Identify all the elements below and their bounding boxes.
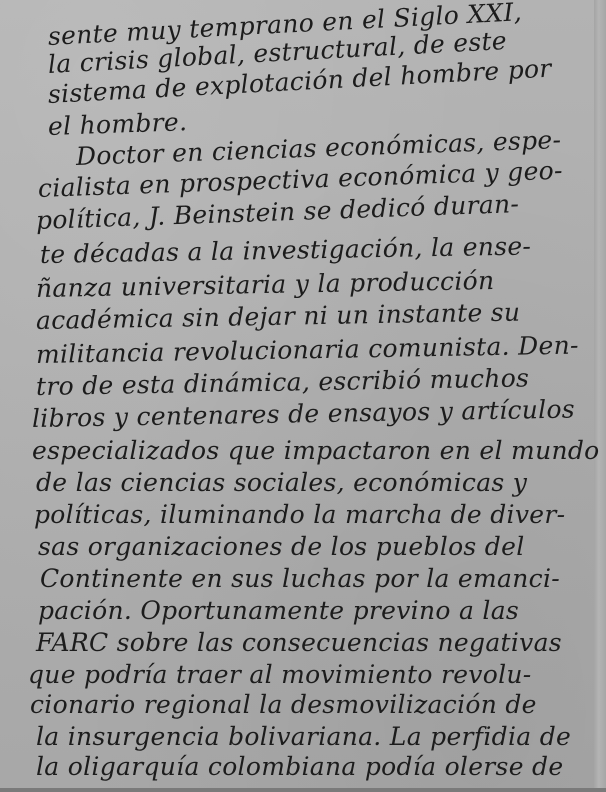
handwritten-text-body: sente muy temprano en el Siglo XXI, la c…: [0, 0, 606, 792]
handwritten-line: cionario regional la desmovilización de: [30, 690, 537, 720]
handwritten-line: el hombre.: [47, 107, 187, 142]
handwritten-line: de las ciencias sociales, económicas y: [36, 468, 527, 498]
handwritten-line: especializados que impactaron en el mund…: [32, 436, 600, 466]
handwritten-line: académica sin dejar ni un instante su: [36, 298, 521, 336]
handwritten-line: pación. Oportunamente previno a las: [38, 596, 519, 626]
handwritten-line: que podría traer al movimiento revolu-: [28, 660, 532, 690]
handwritten-line: la oligarquía colombiana podía olerse de: [36, 752, 563, 782]
scanned-paper-page: sente muy temprano en el Siglo XXI, la c…: [0, 0, 606, 792]
handwritten-line: FARC sobre las consecuencias negativas: [36, 628, 562, 658]
handwritten-line: Continente en sus luchas por la emanci-: [40, 564, 560, 594]
handwritten-line: sas organizaciones de los pueblos del: [38, 532, 525, 562]
handwritten-line: te décadas a la investigación, la ense-: [40, 231, 532, 270]
handwritten-line: la insurgencia bolivariana. La perfidia …: [36, 722, 571, 752]
handwritten-line: políticas, iluminando la marcha de diver…: [34, 500, 565, 530]
